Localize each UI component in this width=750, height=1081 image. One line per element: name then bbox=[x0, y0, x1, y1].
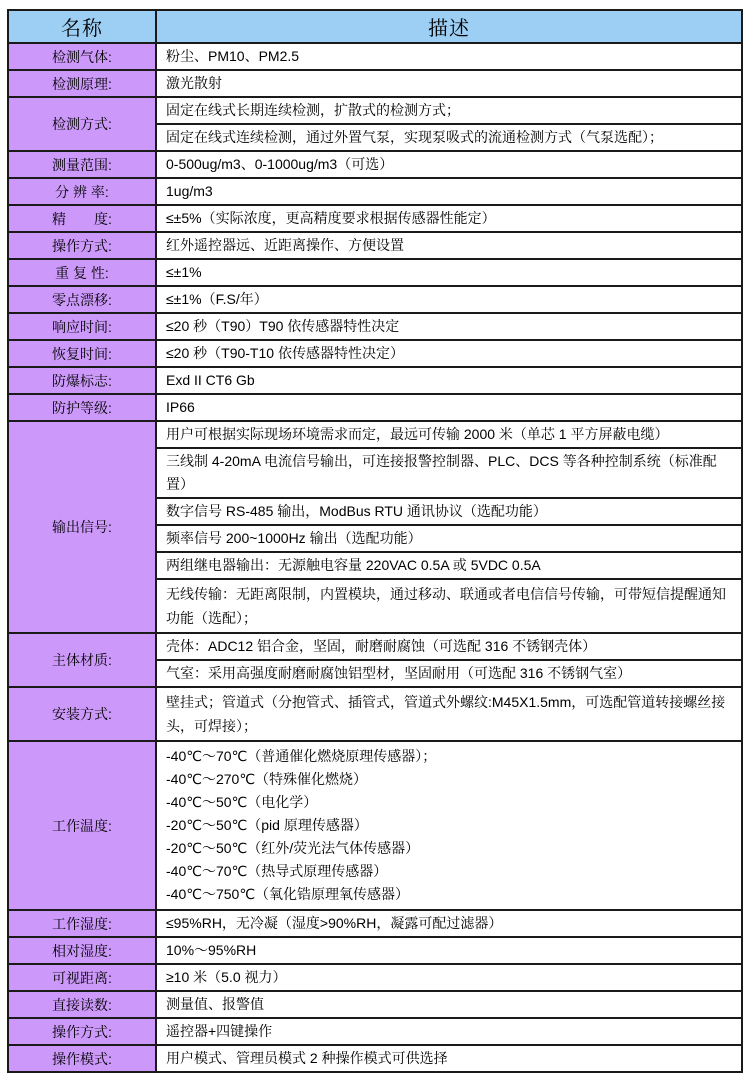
row-label-direct-reading: 直接读数: bbox=[8, 991, 156, 1018]
row-label-protection-rating: 防护等级: bbox=[8, 394, 156, 421]
row-label-response-time: 响应时间: bbox=[8, 313, 156, 340]
table-row: 操作方式: 红外遥控器远、近距离操作、方便设置 bbox=[8, 232, 742, 259]
header-desc-cell: 描述 bbox=[156, 10, 742, 43]
row-desc-body-material-chamber: 气室：采用高强度耐磨耐腐蚀铝型材，坚固耐用（可选配 316 不锈钢气室） bbox=[156, 660, 742, 687]
row-desc-accuracy: ≤±5%（实际浓度，更高精度要求根据传感器性能定） bbox=[156, 205, 742, 232]
row-label-detection-gas: 检测气体: bbox=[8, 43, 156, 70]
row-label-recovery-time: 恢复时间: bbox=[8, 340, 156, 367]
table-row: 检测气体: 粉尘、PM10、PM2.5 bbox=[8, 43, 742, 70]
row-label-accuracy: 精 度: bbox=[8, 205, 156, 232]
row-label-output-signal: 输出信号: bbox=[8, 421, 156, 633]
spec-table: 名称 描述 检测气体: 粉尘、PM10、PM2.5 检测原理: 激光散射 检测方… bbox=[7, 9, 743, 1073]
row-desc-repeatability: ≤±1% bbox=[156, 259, 742, 286]
row-desc-relative-humidity: 10%～95%RH bbox=[156, 937, 742, 964]
table-row: 主体材质: 壳体：ADC12 铝合金，坚固，耐磨耐腐蚀（可选配 316 不锈钢壳… bbox=[8, 633, 742, 660]
row-desc-operation-method: 红外遥控器远、近距离操作、方便设置 bbox=[156, 232, 742, 259]
temperature-line: -20℃～50℃（红外/荧光法气体传感器） bbox=[166, 837, 732, 860]
table-row: 检测原理: 激光散射 bbox=[8, 70, 742, 97]
row-desc-output-signal-3: 数字信号 RS-485 输出，ModBus RTU 通讯协议（选配功能） bbox=[156, 498, 742, 525]
table-row: 响应时间: ≤20 秒（T90）T90 依传感器特性决定 bbox=[8, 313, 742, 340]
row-desc-recovery-time: ≤20 秒（T90-T10 依传感器特性决定） bbox=[156, 340, 742, 367]
row-desc-operation-mode: 用户模式、管理员模式 2 种操作模式可供选择 bbox=[156, 1045, 742, 1072]
row-desc-detection-principle: 激光散射 bbox=[156, 70, 742, 97]
row-label-zero-drift: 零点漂移: bbox=[8, 286, 156, 313]
row-desc-output-signal-1: 用户可根据实际现场环境需求而定，最远可传输 2000 米（单芯 1 平方屏蔽电缆… bbox=[156, 421, 742, 448]
temperature-line: -40℃～270℃（特殊催化燃烧） bbox=[166, 768, 732, 791]
row-desc-output-signal-6: 无线传输：无距离限制，内置模块，通过移动、联通或者电信信号传输，可带短信提醒通知… bbox=[156, 579, 742, 633]
row-desc-working-humidity: ≤95%RH，无冷凝（湿度>90%RH，凝露可配过滤器） bbox=[156, 910, 742, 937]
table-row: 零点漂移: ≤±1%（F.S/年） bbox=[8, 286, 742, 313]
table-row: 重 复 性: ≤±1% bbox=[8, 259, 742, 286]
row-desc-operation-keys: 遥控器+四键操作 bbox=[156, 1018, 742, 1045]
table-row: 可视距离: ≥10 米（5.0 视力） bbox=[8, 964, 742, 991]
row-label-detection-method: 检测方式: bbox=[8, 97, 156, 151]
row-desc-measuring-range: 0-500ug/m3、0-1000ug/m3（可选） bbox=[156, 151, 742, 178]
row-label-explosion-proof-mark: 防爆标志: bbox=[8, 367, 156, 394]
row-desc-body-material-shell: 壳体：ADC12 铝合金，坚固，耐磨耐腐蚀（可选配 316 不锈钢壳体） bbox=[156, 633, 742, 660]
temperature-line: -40℃～750℃（氧化锆原理氧传感器） bbox=[166, 883, 732, 906]
row-label-measuring-range: 测量范围: bbox=[8, 151, 156, 178]
temperature-line: -40℃～50℃（电化学） bbox=[166, 791, 732, 814]
table-row: 工作湿度: ≤95%RH，无冷凝（湿度>90%RH，凝露可配过滤器） bbox=[8, 910, 742, 937]
table-row: 分 辨 率: 1ug/m3 bbox=[8, 178, 742, 205]
row-desc-working-temperature: -40℃～70℃（普通催化燃烧原理传感器）； -40℃～270℃（特殊催化燃烧）… bbox=[156, 741, 742, 910]
row-label-installation-method: 安装方式: bbox=[8, 687, 156, 741]
temperature-line: -40℃～70℃（热导式原理传感器） bbox=[166, 860, 732, 883]
header-row: 名称 描述 bbox=[8, 10, 742, 43]
row-desc-installation-method: 壁挂式；管道式（分抱管式、插管式，管道式外螺纹:M45X1.5mm，可选配管道转… bbox=[156, 687, 742, 741]
table-row: 测量范围: 0-500ug/m3、0-1000ug/m3（可选） bbox=[8, 151, 742, 178]
table-row: 工作温度: -40℃～70℃（普通催化燃烧原理传感器）； -40℃～270℃（特… bbox=[8, 741, 742, 910]
row-desc-detection-method-1: 固定在线式长期连续检测，扩散式的检测方式； bbox=[156, 97, 742, 124]
table-row: 检测方式: 固定在线式长期连续检测，扩散式的检测方式； bbox=[8, 97, 742, 124]
table-row: 防护等级: IP66 bbox=[8, 394, 742, 421]
row-desc-resolution: 1ug/m3 bbox=[156, 178, 742, 205]
row-desc-direct-reading: 测量值、报警值 bbox=[156, 991, 742, 1018]
row-label-operation-method: 操作方式: bbox=[8, 232, 156, 259]
row-desc-response-time: ≤20 秒（T90）T90 依传感器特性决定 bbox=[156, 313, 742, 340]
row-label-detection-principle: 检测原理: bbox=[8, 70, 156, 97]
table-row: 相对湿度: 10%～95%RH bbox=[8, 937, 742, 964]
row-label-working-temperature: 工作温度: bbox=[8, 741, 156, 910]
row-label-operation-keys: 操作方式: bbox=[8, 1018, 156, 1045]
table-row: 输出信号: 用户可根据实际现场环境需求而定，最远可传输 2000 米（单芯 1 … bbox=[8, 421, 742, 448]
table-row: 恢复时间: ≤20 秒（T90-T10 依传感器特性决定） bbox=[8, 340, 742, 367]
row-label-working-humidity: 工作湿度: bbox=[8, 910, 156, 937]
row-label-resolution: 分 辨 率: bbox=[8, 178, 156, 205]
row-desc-output-signal-5: 两组继电器输出：无源触电容量 220VAC 0.5A 或 5VDC 0.5A bbox=[156, 552, 742, 579]
row-desc-detection-method-2: 固定在线式连续检测，通过外置气泵，实现泵吸式的流通检测方式（气泵选配）； bbox=[156, 124, 742, 151]
table-row: 直接读数: 测量值、报警值 bbox=[8, 991, 742, 1018]
table-row: 操作模式: 用户模式、管理员模式 2 种操作模式可供选择 bbox=[8, 1045, 742, 1072]
row-desc-output-signal-2: 三线制 4-20mA 电流信号输出，可连接报警控制器、PLC、DCS 等各种控制… bbox=[156, 448, 742, 498]
header-name-cell: 名称 bbox=[8, 10, 156, 43]
temperature-line: -40℃～70℃（普通催化燃烧原理传感器）； bbox=[166, 745, 732, 768]
row-label-operation-mode: 操作模式: bbox=[8, 1045, 156, 1072]
row-label-body-material: 主体材质: bbox=[8, 633, 156, 687]
table-row: 防爆标志: Exd II CT6 Gb bbox=[8, 367, 742, 394]
table-row: 操作方式: 遥控器+四键操作 bbox=[8, 1018, 742, 1045]
row-label-visible-distance: 可视距离: bbox=[8, 964, 156, 991]
row-desc-zero-drift: ≤±1%（F.S/年） bbox=[156, 286, 742, 313]
row-desc-visible-distance: ≥10 米（5.0 视力） bbox=[156, 964, 742, 991]
row-label-relative-humidity: 相对湿度: bbox=[8, 937, 156, 964]
temperature-line: -20℃～50℃（pid 原理传感器） bbox=[166, 814, 732, 837]
row-label-repeatability: 重 复 性: bbox=[8, 259, 156, 286]
row-desc-protection-rating: IP66 bbox=[156, 394, 742, 421]
row-desc-detection-gas: 粉尘、PM10、PM2.5 bbox=[156, 43, 742, 70]
table-row: 安装方式: 壁挂式；管道式（分抱管式、插管式，管道式外螺纹:M45X1.5mm，… bbox=[8, 687, 742, 741]
row-desc-explosion-proof-mark: Exd II CT6 Gb bbox=[156, 367, 742, 394]
row-desc-output-signal-4: 频率信号 200~1000Hz 输出（选配功能） bbox=[156, 525, 742, 552]
table-row: 精 度: ≤±5%（实际浓度，更高精度要求根据传感器性能定） bbox=[8, 205, 742, 232]
